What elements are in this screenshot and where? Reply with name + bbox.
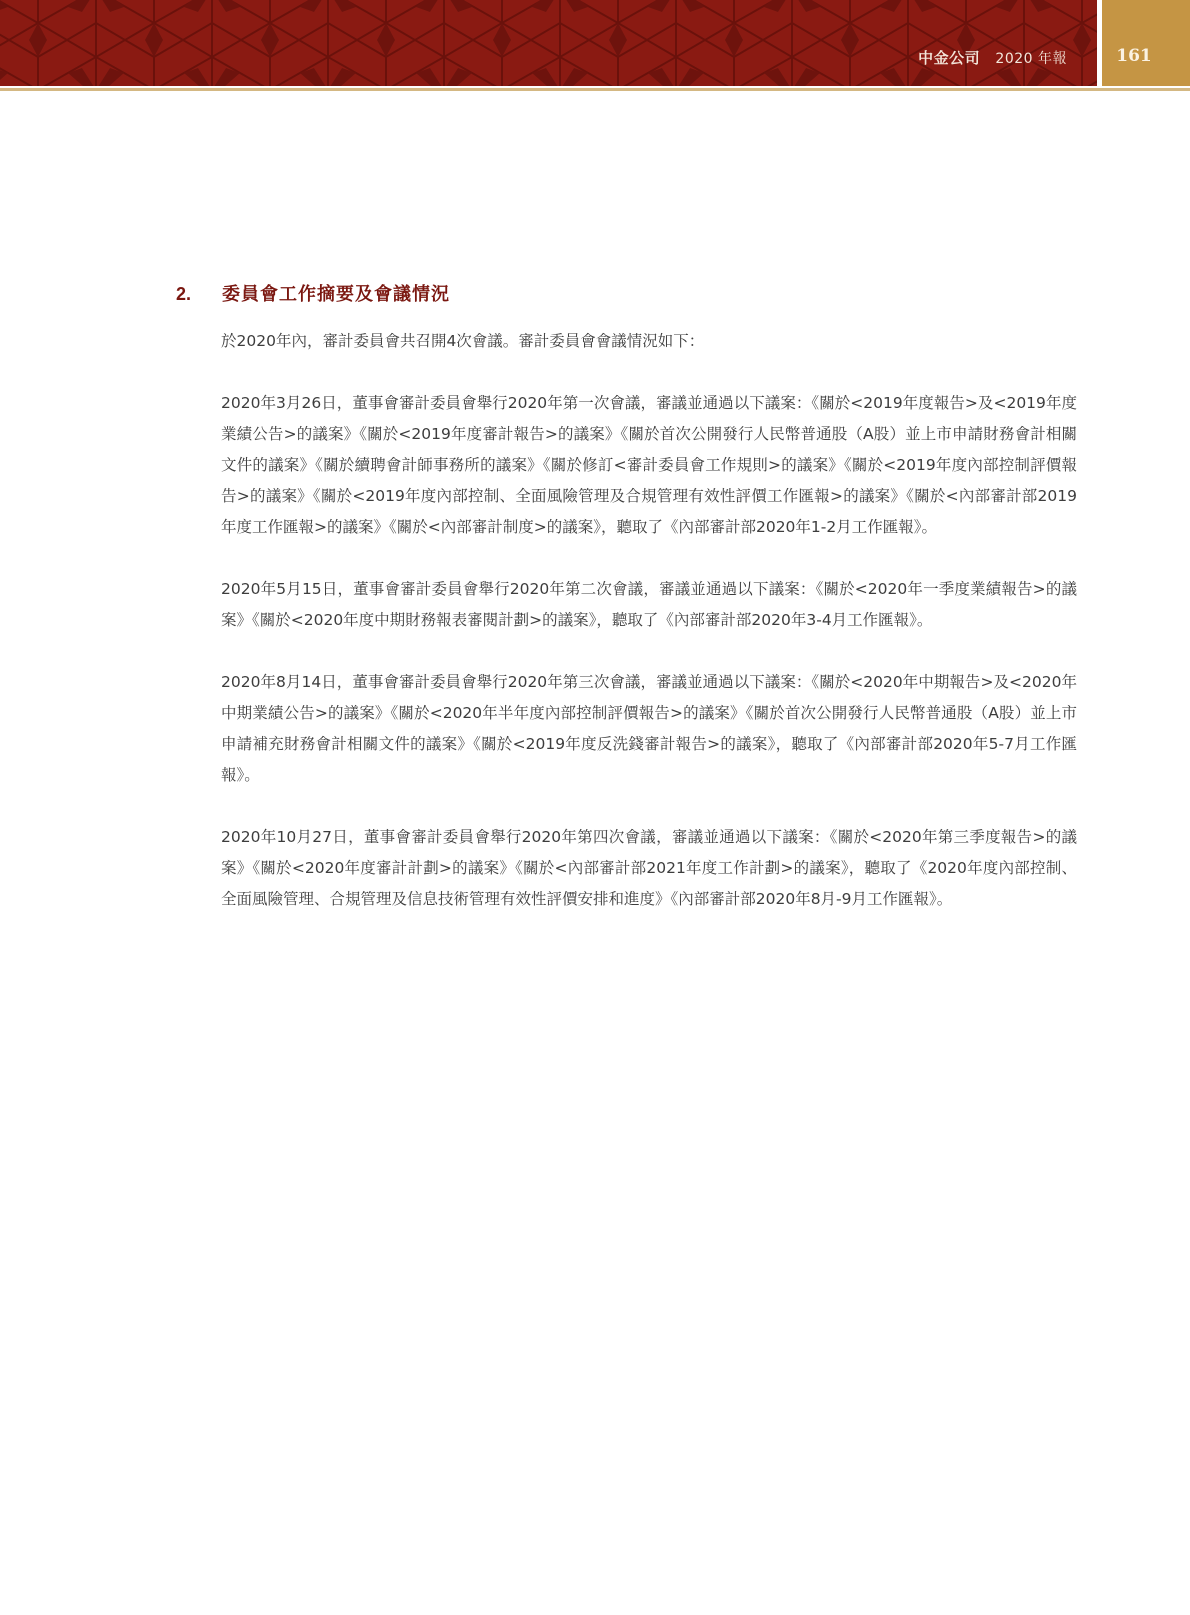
meeting-paragraph-2: 2020年5月15日，董事會審計委員會舉行2020年第二次會議，審議並通過以下議…	[221, 574, 1077, 636]
section-title: 委員會工作摘要及會議情況	[222, 280, 450, 306]
asanoha-pattern-icon	[0, 0, 1097, 86]
meeting-paragraph-1: 2020年3月26日，董事會審計委員會舉行2020年第一次會議，審議並通過以下議…	[221, 388, 1077, 543]
committee-summary-section: 2. 委員會工作摘要及會議情況 於2020年內，審計委員會共召開4次會議。審計委…	[176, 280, 1076, 946]
intro-paragraph: 於2020年內，審計委員會共召開4次會議。審計委員會會議情況如下：	[221, 326, 1077, 357]
section-body: 於2020年內，審計委員會共召開4次會議。審計委員會會議情況如下： 2020年3…	[221, 326, 1077, 915]
meeting-paragraph-3: 2020年8月14日，董事會審計委員會舉行2020年第三次會議，審議並通過以下議…	[221, 667, 1077, 791]
page-number: 161	[1102, 46, 1166, 66]
decorative-pattern-band: 中金公司 2020 年報	[0, 0, 1097, 86]
meeting-paragraph-4: 2020年10月27日，董事會審計委員會舉行2020年第四次會議，審議並通過以下…	[221, 822, 1077, 915]
page-header: 中金公司 2020 年報 161	[0, 0, 1190, 92]
report-year: 2020 年報	[995, 51, 1067, 67]
report-title: 中金公司 2020 年報	[918, 47, 1067, 68]
header-divider-gold	[0, 88, 1190, 91]
section-number: 2.	[176, 284, 222, 305]
section-heading: 2. 委員會工作摘要及會議情況	[176, 280, 1076, 310]
company-name: 中金公司	[918, 49, 980, 67]
page-number-box: 161	[1102, 0, 1190, 86]
